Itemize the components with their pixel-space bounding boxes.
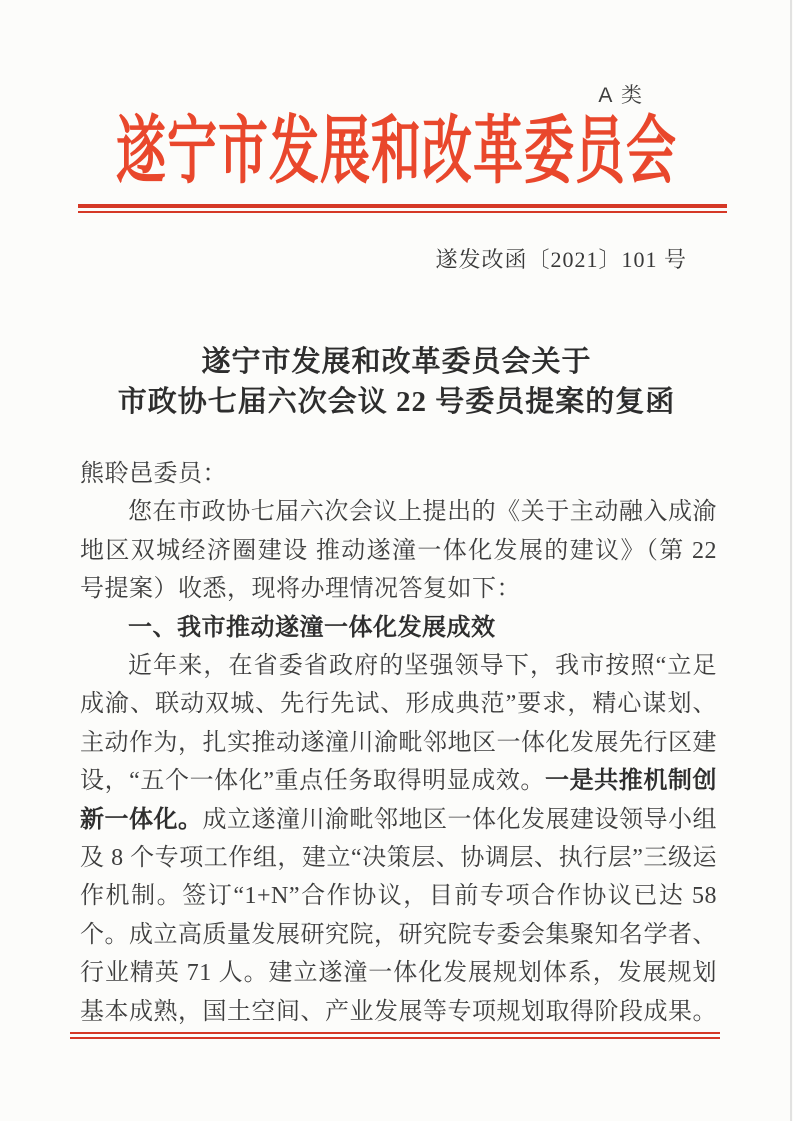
greeting-line: 熊聆邑委员：	[80, 455, 717, 493]
bold-emphasis: 一、我市推动遂潼一体化发展成效	[128, 614, 496, 641]
document-title: 遂宁市发展和改革委员会关于 市政协七届六次会议 22 号委员提案的复函	[0, 342, 793, 422]
footer-divider-bottom-line	[70, 1037, 720, 1039]
footer-divider	[70, 1032, 720, 1039]
document-number: 遂发改函〔2021〕101 号	[435, 243, 687, 274]
category-label: A 类	[598, 79, 644, 109]
document-body: 熊聆邑委员： 您在市政协七届六次会议上提出的《关于主动融入成渝地区双城经济圈建设…	[80, 455, 717, 1033]
body-paragraphs: 您在市政协七届六次会议上提出的《关于主动融入成渝地区双城经济圈建设 推动遂潼一体…	[80, 493, 717, 1033]
header-divider	[78, 204, 727, 213]
paragraph-text: 成立遂潼川渝毗邻地区一体化发展建设领导小组及 8 个专项工作组，建立“决策层、协…	[80, 807, 717, 1025]
section-heading: 一、我市推动遂潼一体化发展成效	[80, 609, 717, 647]
agency-letterhead-title: 遂宁市发展和改革委员会	[0, 111, 793, 191]
document-title-line-1: 遂宁市发展和改革委员会关于	[0, 342, 793, 382]
header-divider-thin-line	[78, 211, 727, 213]
document-title-line-2: 市政协七届六次会议 22 号委员提案的复函	[0, 382, 793, 422]
body-paragraph: 近年来，在省委省政府的坚强领导下，我市按照“立足成渝、联动双城、先行先试、形成典…	[80, 647, 717, 1033]
document-page: A 类 遂宁市发展和改革委员会 遂发改函〔2021〕101 号 遂宁市发展和改革…	[0, 0, 793, 1121]
body-paragraph: 您在市政协七届六次会议上提出的《关于主动融入成渝地区双城经济圈建设 推动遂潼一体…	[80, 493, 717, 608]
paragraph-text: 您在市政协七届六次会议上提出的《关于主动融入成渝地区双城经济圈建设 推动遂潼一体…	[80, 499, 717, 602]
